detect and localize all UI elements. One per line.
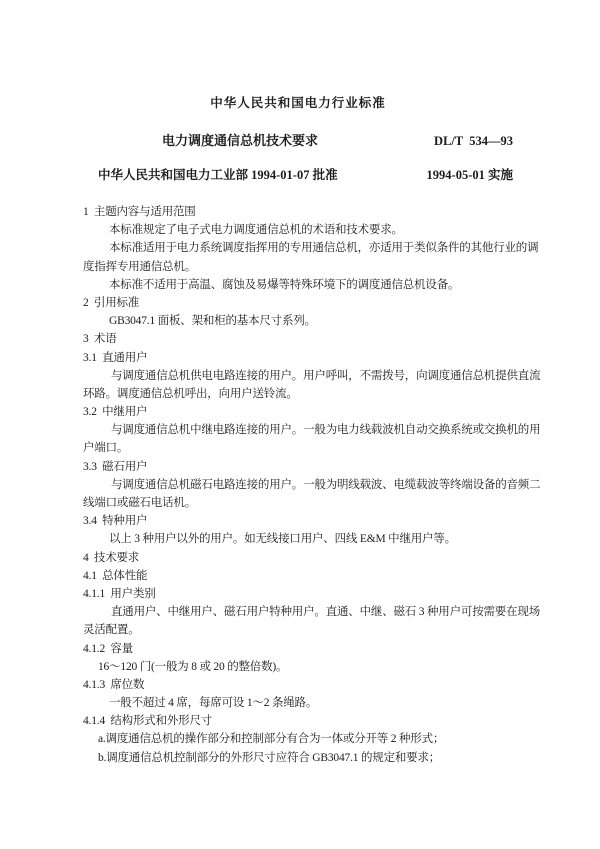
- text-line: 2 引用标准: [83, 294, 553, 312]
- text-line: 与调度通信总机供电电路连接的用户。用户呼叫，不需拨号，向调度通信总机提供直流: [83, 367, 553, 385]
- text-line: 4.1.2 容量: [83, 640, 553, 658]
- text-line: 16～120 门(一般为 8 或 20 的整倍数)。: [83, 658, 553, 676]
- document-title: 电力调度通信总机技术要求: [162, 133, 318, 149]
- text-line: 3.3 磁石用户: [83, 458, 553, 476]
- text-line: 3 术语: [83, 330, 553, 348]
- approval-statement: 中华人民共和国电力工业部 1994-01-07 批准: [98, 167, 338, 183]
- text-line: 3.1 直通用户: [83, 349, 553, 367]
- text-line: 3.2 中继用户: [83, 403, 553, 421]
- text-line: b.调度通信总机控制部分的外形尺寸应符合 GB3047.1 的规定和要求；: [83, 749, 553, 767]
- text-line: 户端口。: [83, 439, 553, 457]
- text-line: 3.4 特种用户: [83, 512, 553, 530]
- text-line: 本标准规定了电子式电力调度通信总机的术语和技术要求。: [83, 221, 553, 239]
- text-line: 以上 3 种用户以外的用户。如无线接口用户、四线 E&M 中继用户等。: [83, 530, 553, 548]
- text-line: 与调度通信总机中继电路连接的用户。一般为电力线载波机自动交换系统或交换机的用: [83, 421, 553, 439]
- standard-type-heading: 中华人民共和国电力行业标准: [83, 96, 513, 111]
- text-line: a.调度通信总机的操作部分和控制部分有合为一体或分开等 2 种形式；: [83, 730, 553, 748]
- document-page: 中华人民共和国电力行业标准 电力调度通信总机技术要求 DL/T 534—93 中…: [0, 0, 600, 849]
- text-line: 度指挥专用通信总机。: [83, 258, 553, 276]
- text-line: 4.1.3 席位数: [83, 676, 553, 694]
- text-line: 4.1 总体性能: [83, 567, 553, 585]
- text-line: 与调度通信总机磁石电路连接的用户。一般为明线载波、电缆载波等终端设备的音频二: [83, 476, 553, 494]
- document-header: 中华人民共和国电力行业标准 电力调度通信总机技术要求 DL/T 534—93 中…: [83, 96, 513, 183]
- text-line: 4.1.4 结构形式和外形尺寸: [83, 712, 553, 730]
- text-line: 本标准适用于电力系统调度指挥用的专用通信总机，亦适用于类似条件的其他行业的调: [83, 239, 553, 257]
- document-body: 1 主题内容与适用范围本标准规定了电子式电力调度通信总机的术语和技术要求。本标准…: [83, 203, 553, 767]
- text-line: 1 主题内容与适用范围: [83, 203, 553, 221]
- implementation-date: 1994-05-01 实施: [427, 167, 513, 183]
- text-line: 4.1.1 用户类别: [83, 585, 553, 603]
- text-line: 环路。调度通信总机呼出，向用户送铃流。: [83, 385, 553, 403]
- text-line: 灵活配置。: [83, 621, 553, 639]
- text-line: 线端口或磁石电话机。: [83, 494, 553, 512]
- text-line: 本标准不适用于高温、腐蚀及易爆等特殊环境下的调度通信总机设备。: [83, 276, 553, 294]
- text-line: GB3047.1 面板、架和柜的基本尺寸系列。: [83, 312, 553, 330]
- text-line: 4 技术要求: [83, 549, 553, 567]
- title-row: 电力调度通信总机技术要求 DL/T 534—93: [83, 133, 513, 149]
- standard-number: DL/T 534—93: [434, 133, 513, 149]
- text-line: 直通用户、中继用户、磁石用户特种用户。直通、中继、磁石 3 种用户可按需要在现场: [83, 603, 553, 621]
- text-line: 一般不超过 4 席，每席可设 1～2 条绳路。: [83, 694, 553, 712]
- approval-row: 中华人民共和国电力工业部 1994-01-07 批准 1994-05-01 实施: [83, 167, 513, 183]
